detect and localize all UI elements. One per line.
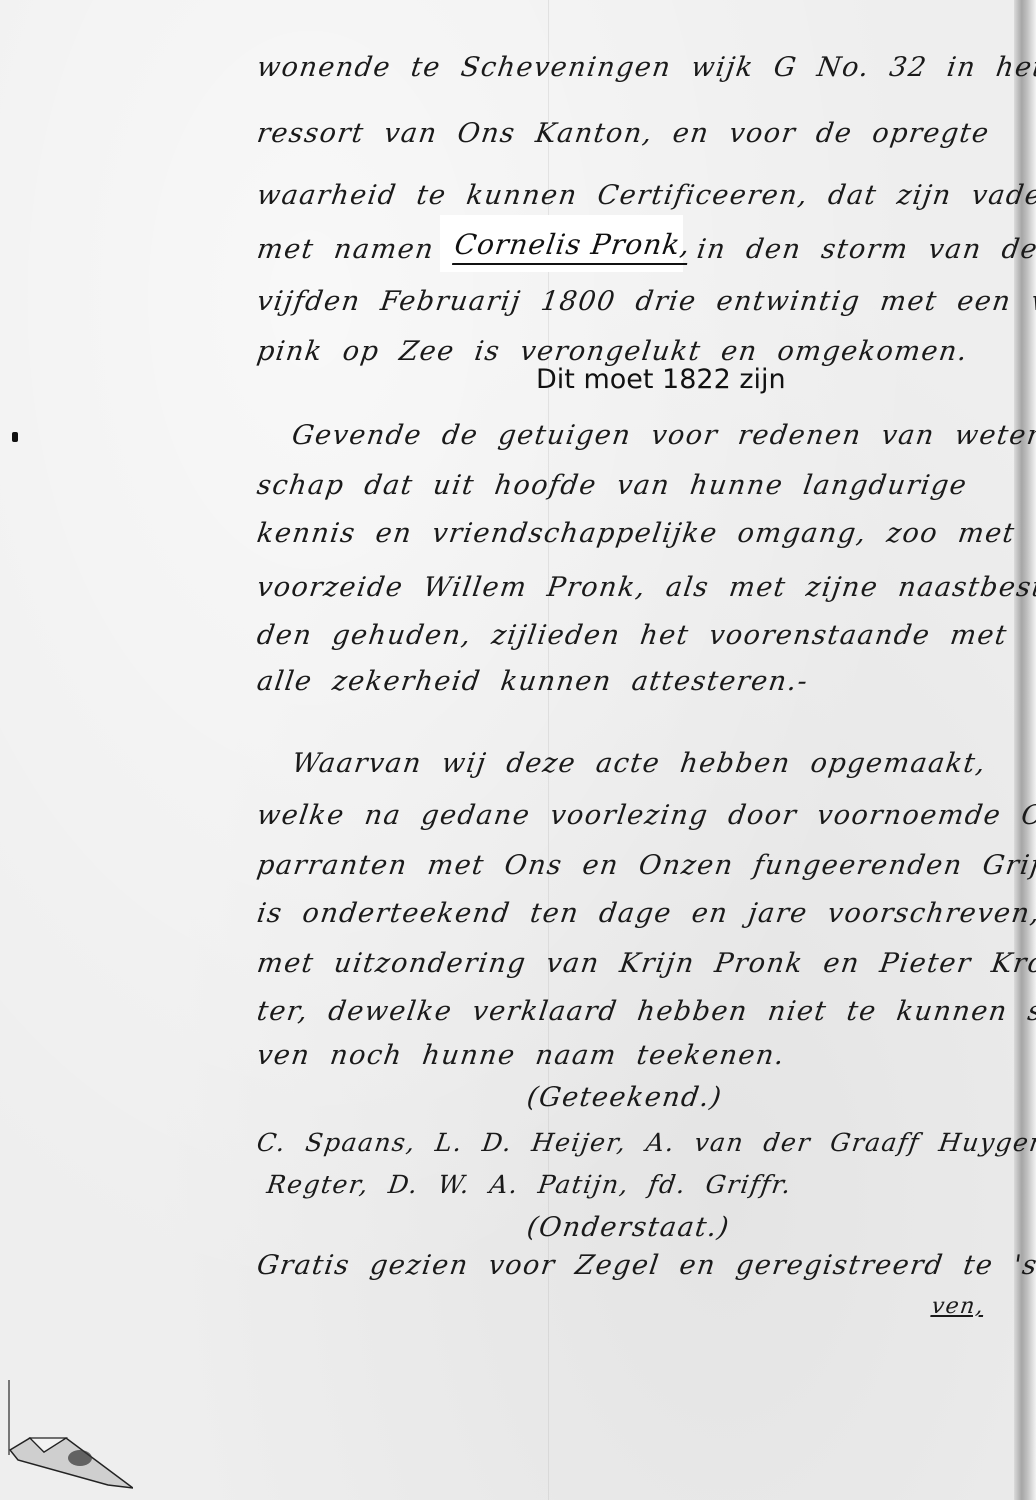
signed-heading: (Geteekend.)	[525, 1082, 724, 1113]
text-line: met uitzondering van Krijn Pronk en Piet…	[255, 948, 1036, 979]
subscribed-heading: (Onderstaat.)	[525, 1212, 732, 1243]
text-line: wonende te Scheveningen wijk G No. 32 in…	[255, 52, 1036, 83]
text-line: parranten met Ons en Onzen fungeerenden …	[255, 850, 1036, 881]
text-line: ressort van Ons Kanton, en voor de opreg…	[255, 118, 992, 149]
signature-line: Regter, D. W. A. Patijn, fd. Griffr.	[265, 1170, 794, 1199]
text-line: ven,	[930, 1294, 986, 1319]
highlighted-name: Cornelis Pronk,	[452, 228, 693, 265]
text-line: pink op Zee is verongelukt en omgekomen.	[255, 336, 970, 367]
text-line: vijfden Februarij 1800 drie entwintig me…	[255, 286, 1036, 317]
text-line: met namen	[255, 234, 436, 265]
text-line: schap dat uit hoofde van hunne langdurig…	[255, 470, 970, 501]
text-line: Gratis gezien voor Zegel en geregistreer…	[255, 1250, 1036, 1281]
folded-corner-icon	[8, 1430, 133, 1490]
margin-ink-mark	[12, 432, 18, 442]
text-line: ven noch hunne naam teekenen.	[255, 1040, 787, 1071]
typed-annotation: Dit moet 1822 zijn	[536, 364, 786, 395]
text-line: kennis en vriendschappelijke omgang, zoo…	[255, 518, 1017, 549]
text-line: welke na gedane voorlezing door voornoem…	[255, 800, 1036, 831]
document-page: wonende te Scheveningen wijk G No. 32 in…	[0, 0, 1036, 1500]
text-line: Gevende de getuigen voor redenen van wet…	[290, 420, 1036, 451]
text-line: Waarvan wij deze acte hebben opgemaakt,	[290, 748, 988, 779]
text-line: ter, dewelke verklaard hebben niet te ku…	[255, 996, 1036, 1027]
text-line: den gehuden, zijlieden het voorenstaande…	[255, 620, 1010, 651]
text-line: alle zekerheid kunnen attesteren.-	[255, 666, 811, 697]
text-line: voorzeide Willem Pronk, als met zijne na…	[255, 572, 1036, 603]
text-line: waarheid te kunnen Certificeeren, dat zi…	[255, 180, 1036, 211]
signature-line: C. Spaans, L. D. Heijer, A. van der Graa…	[255, 1128, 1036, 1157]
text-line: is onderteekend ten dage en jare voorsch…	[255, 898, 1036, 929]
text-line: in den storm van den	[695, 234, 1036, 265]
